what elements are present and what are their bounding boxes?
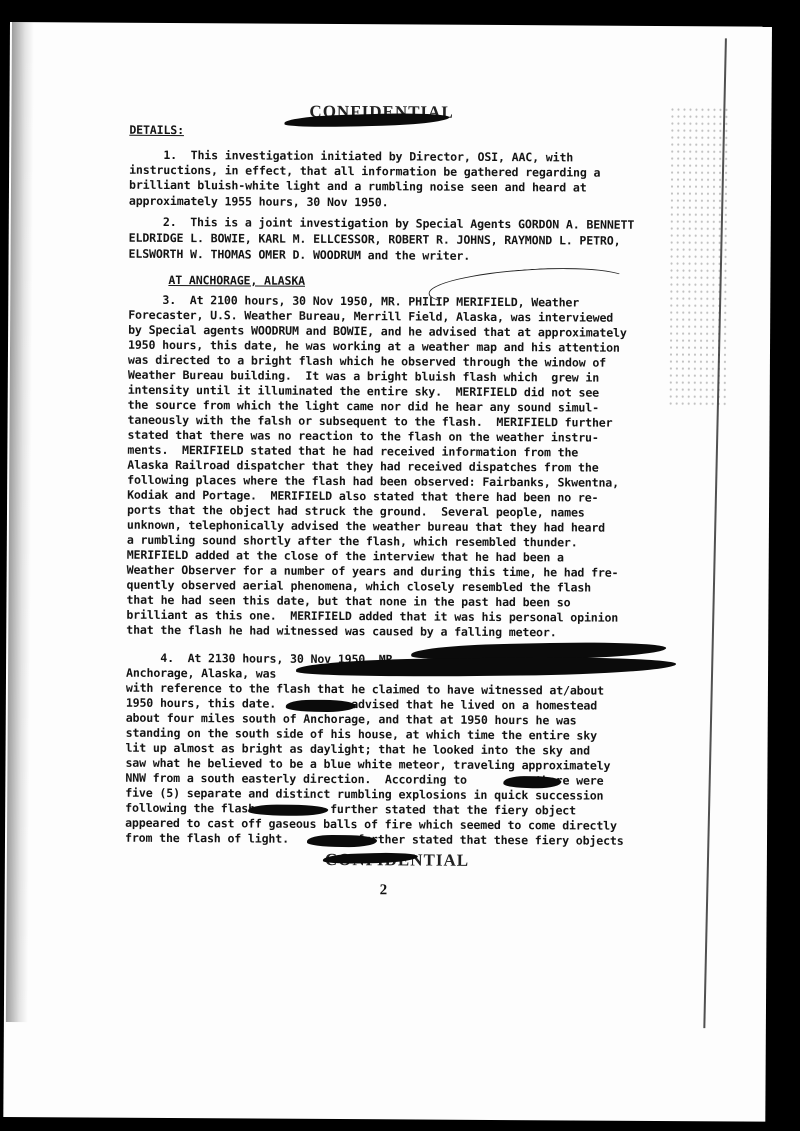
paragraph-4: 4. At 2130 hours, 30 Nov 1950, MR. , Anc… <box>10 22 772 27</box>
paragraph-line: approximately 1955 hours, 30 Nov 1950. <box>129 194 389 211</box>
paragraph-3: 3. At 2100 hours, 30 Nov 1950, MR. PHILI… <box>10 22 772 27</box>
redaction-bar-subject-2 <box>503 776 561 788</box>
paragraph-line: ELSWORTH W. THOMAS OMER D. WOODRUM and t… <box>129 247 471 264</box>
section-heading: DETAILS: <box>129 123 184 139</box>
paragraph-line: that the flash he had witnessed was caus… <box>126 623 556 641</box>
paragraph-2: 2. This is a joint investigation by Spec… <box>10 22 772 27</box>
location-heading: AT ANCHORAGE, ALASKA <box>168 273 305 289</box>
page-number: 2 <box>380 882 388 899</box>
scanned-page: CONFIDENTIAL DETAILS: 1. This investigat… <box>3 22 772 1122</box>
scan-shadow-left <box>6 22 34 1022</box>
paragraph-line: brilliant bluish-white light and a rumbl… <box>129 178 587 196</box>
paragraph-1: 1. This investigation initiated by Direc… <box>10 22 772 27</box>
paragraph-line: Anchorage, Alaska, was <box>126 666 276 682</box>
redaction-bar-subject-1 <box>286 700 356 712</box>
redaction-bar-subject-3 <box>248 804 328 815</box>
redaction-bar-subject-4 <box>307 835 377 847</box>
